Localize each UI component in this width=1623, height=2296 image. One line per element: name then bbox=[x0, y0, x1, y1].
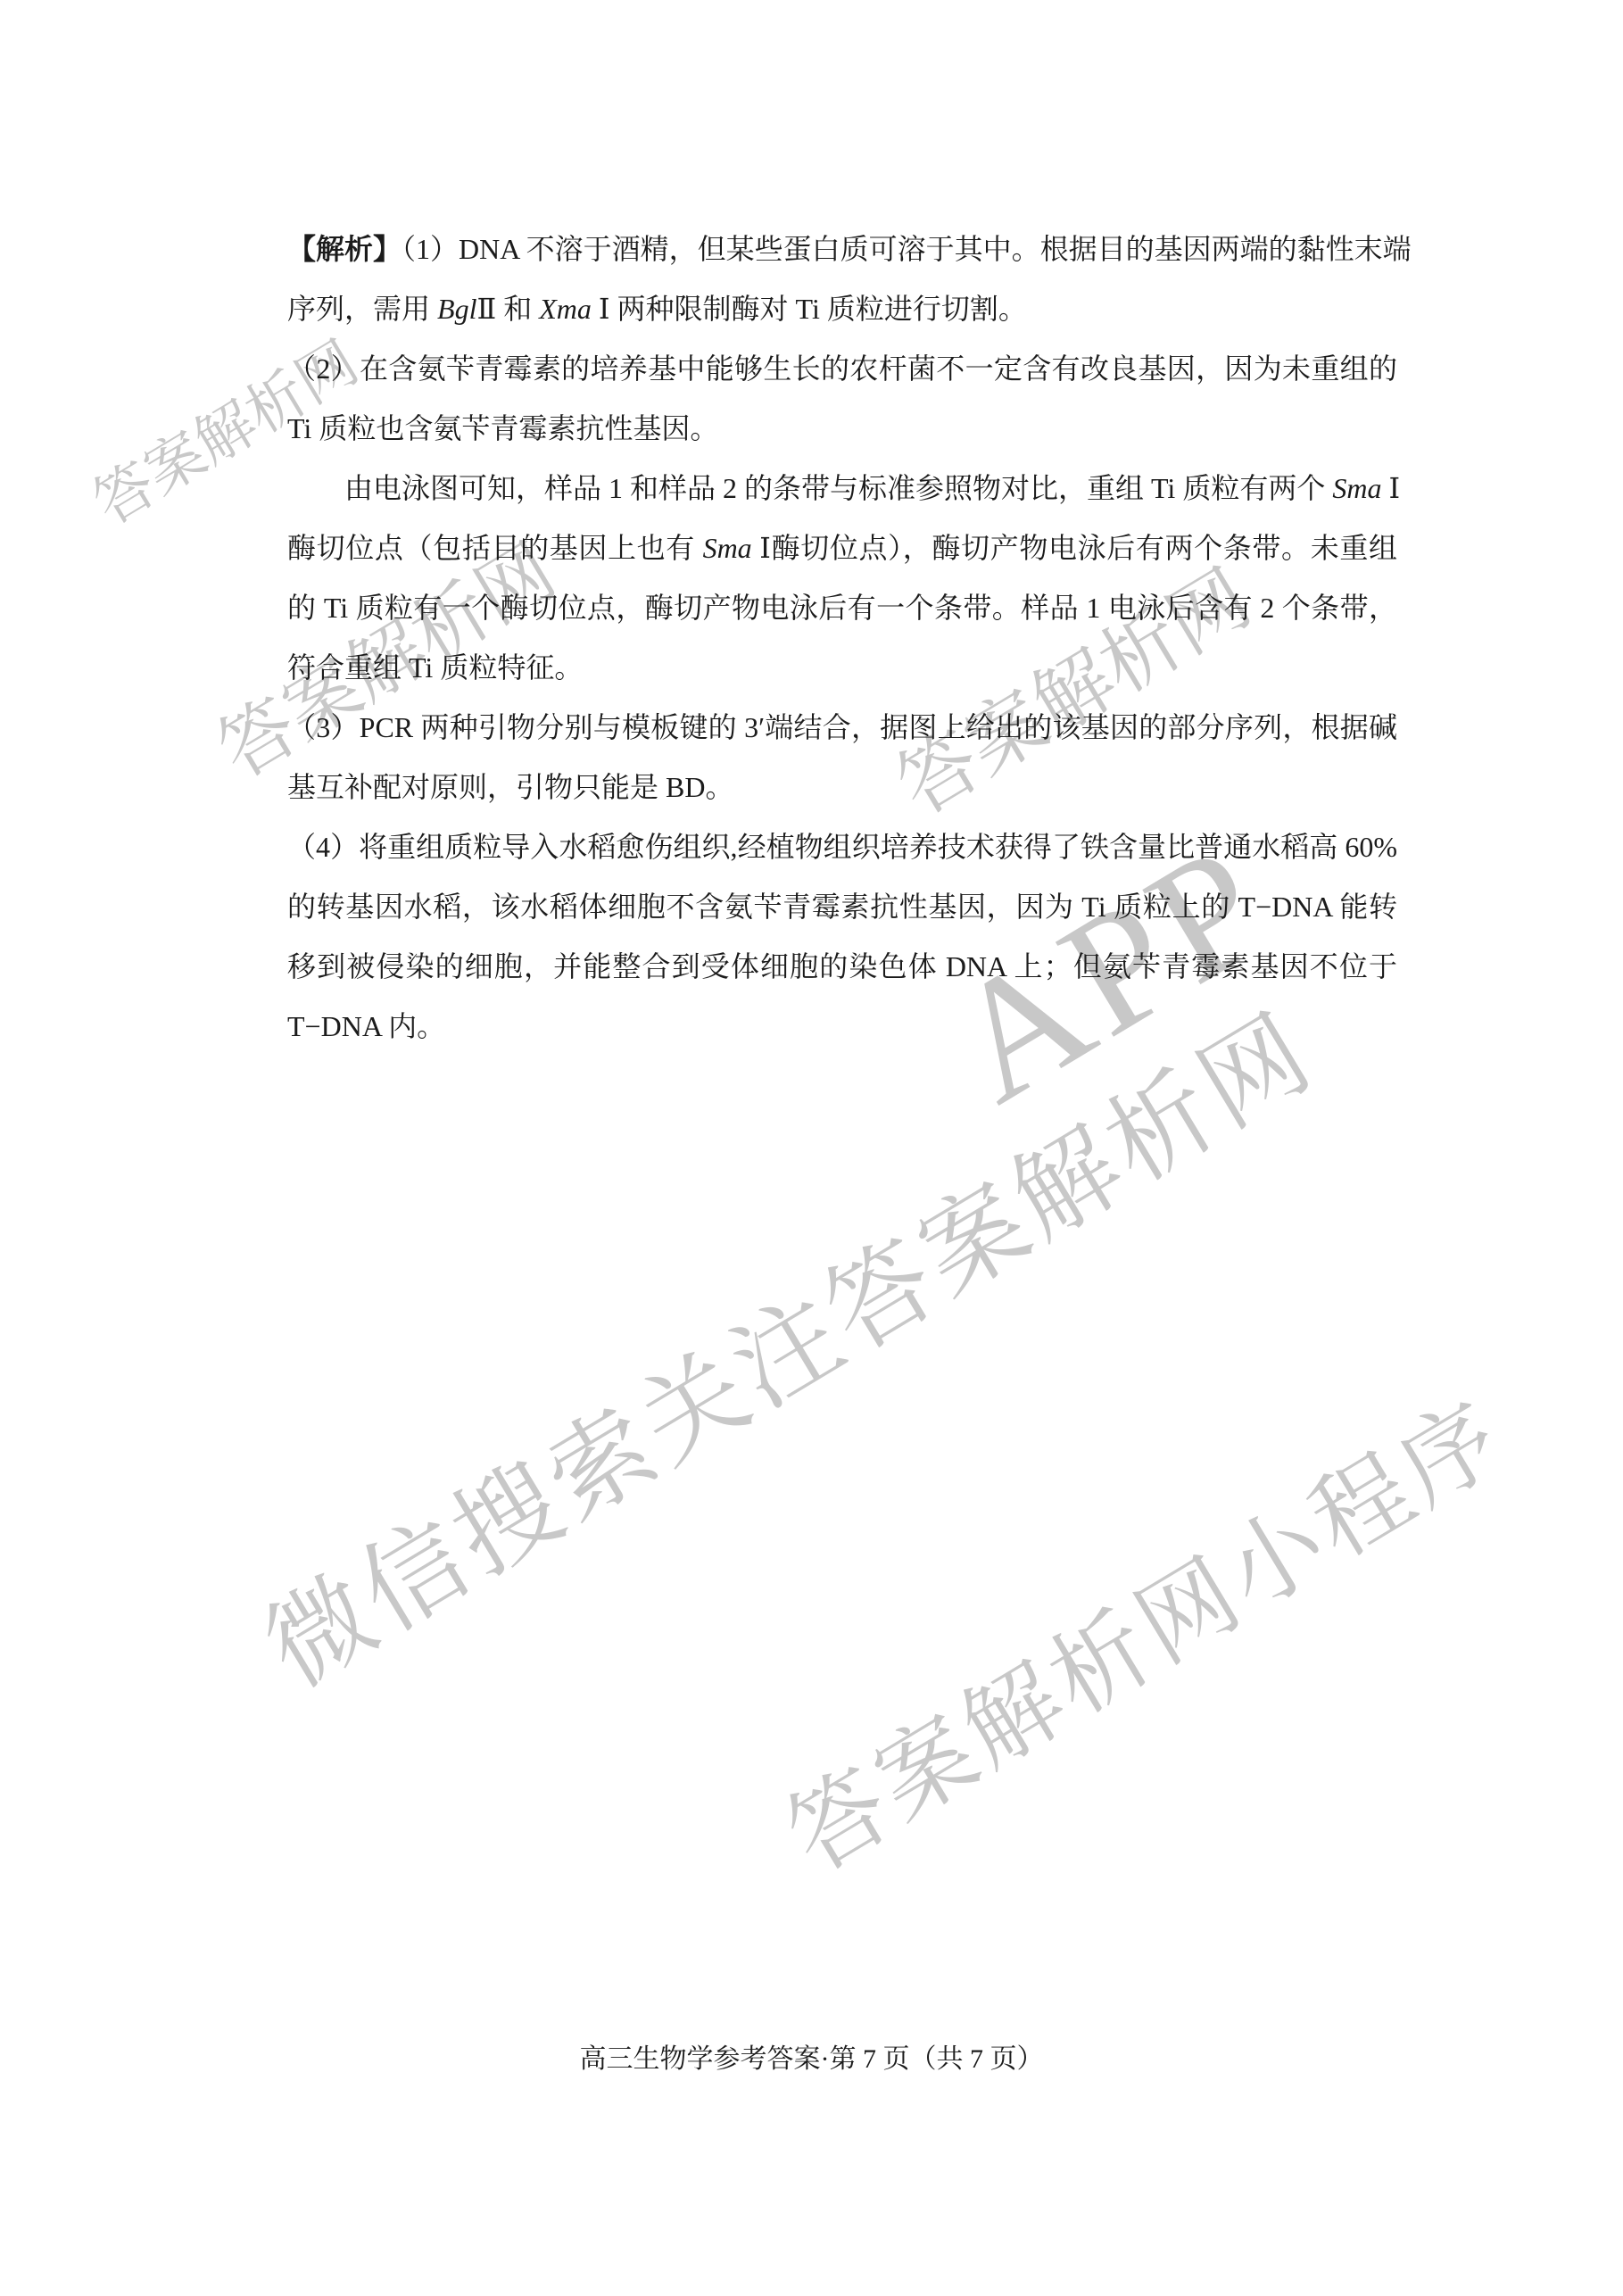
text-segment: 的 Ti 质粒有一个酶切位点，酶切产物电泳后有一个条带。样品 1 电泳后含有 2… bbox=[287, 592, 1397, 624]
text-segment: 的转基因水稻，该水稻体细胞不含氨苄青霉素抗性基因，因为 Ti 质粒上的 T−DN… bbox=[287, 891, 1397, 923]
text-segment: Ⅰ 两种限制酶对 Ti 质粒进行切割。 bbox=[592, 293, 1027, 325]
document-line: 符合重组 Ti 质粒特征。 bbox=[287, 638, 1397, 698]
watermark-wechat-search: 微信搜索关注答案解析网 bbox=[234, 971, 1337, 1715]
text-segment: Ti 质粒也含氨苄青霉素抗性基因。 bbox=[287, 412, 718, 444]
enzyme-name-italic: Sma bbox=[703, 532, 752, 564]
text-segment: 基互补配对原则，引物只能是 BD。 bbox=[287, 771, 733, 803]
document-line: 的 Ti 质粒有一个酶切位点，酶切产物电泳后有一个条带。样品 1 电泳后含有 2… bbox=[287, 578, 1397, 638]
text-segment: 由电泳图可知，样品 1 和样品 2 的条带与标准参照物对比，重组 Ti 质粒有两… bbox=[344, 472, 1332, 504]
text-segment: （3）PCR 两种引物分别与模板键的 3′端结合，据图上给出的该基因的部分序列，… bbox=[287, 711, 1397, 743]
watermark-mini-program: 答案解析网小程序 bbox=[758, 1360, 1527, 1898]
text-segment: Ⅰ bbox=[1381, 472, 1400, 504]
document-line: 由电泳图可知，样品 1 和样品 2 的条带与标准参照物对比，重组 Ti 质粒有两… bbox=[287, 459, 1397, 518]
text-segment: 序列，需用 bbox=[287, 293, 437, 325]
text-segment: （4）将重组质粒导入水稻愈伤组织,经植物组织培养技术获得了铁含量比普通水稻高 6… bbox=[287, 831, 1397, 863]
text-segment: 符合重组 Ti 质粒特征。 bbox=[287, 651, 583, 684]
document-line: Ti 质粒也含氨苄青霉素抗性基因。 bbox=[287, 399, 1397, 459]
document-body: 【解析】（1）DNA 不溶于酒精，但某些蛋白质可溶于其中。根据目的基因两端的黏性… bbox=[287, 220, 1397, 1057]
text-segment: Ⅱ 和 bbox=[476, 293, 539, 325]
enzyme-name-italic: Sma bbox=[1332, 472, 1381, 504]
text-segment: 酶切位点（包括目的基因上也有 bbox=[287, 532, 703, 564]
text-segment: T−DNA 内。 bbox=[287, 1010, 445, 1042]
document-line: T−DNA 内。 bbox=[287, 997, 1397, 1057]
document-line: 【解析】（1）DNA 不溶于酒精，但某些蛋白质可溶于其中。根据目的基因两端的黏性… bbox=[287, 220, 1397, 279]
text-segment: （1）DNA 不溶于酒精，但某些蛋白质可溶于其中。根据目的基因两端的黏性末端 bbox=[402, 233, 1412, 265]
document-line: 基互补配对原则，引物只能是 BD。 bbox=[287, 758, 1397, 817]
text-segment: 移到被侵染的细胞，并能整合到受体细胞的染色体 DNA 上；但氨苄青霉素基因不位于 bbox=[287, 950, 1397, 982]
enzyme-name-italic: Bgl bbox=[437, 293, 476, 325]
document-line: 酶切位点（包括目的基因上也有 Sma Ⅰ酶切位点），酶切产物电泳后有两个条带。未… bbox=[287, 518, 1397, 578]
page-footer: 高三生物学参考答案·第 7 页（共 7 页） bbox=[0, 2036, 1623, 2076]
document-line: （3）PCR 两种引物分别与模板键的 3′端结合，据图上给出的该基因的部分序列，… bbox=[287, 698, 1397, 758]
text-segment: 【解析】 bbox=[287, 233, 402, 265]
enzyme-name-italic: Xma bbox=[539, 293, 592, 325]
document-line: 序列，需用 BglⅡ 和 Xma Ⅰ 两种限制酶对 Ti 质粒进行切割。 bbox=[287, 279, 1397, 339]
document-line: 的转基因水稻，该水稻体细胞不含氨苄青霉素抗性基因，因为 Ti 质粒上的 T−DN… bbox=[287, 877, 1397, 937]
document-line: （4）将重组质粒导入水稻愈伤组织,经植物组织培养技术获得了铁含量比普通水稻高 6… bbox=[287, 817, 1397, 877]
answer-sheet-page: 答案解析网 答案解析网 答案解析网 APP 微信搜索关注答案解析网 答案解析网小… bbox=[0, 0, 1623, 2296]
document-line: 移到被侵染的细胞，并能整合到受体细胞的染色体 DNA 上；但氨苄青霉素基因不位于 bbox=[287, 937, 1397, 997]
document-line: （2）在含氨苄青霉素的培养基中能够生长的农杆菌不一定含有改良基因，因为未重组的 bbox=[287, 339, 1397, 399]
text-segment: Ⅰ酶切位点），酶切产物电泳后有两个条带。未重组 bbox=[752, 532, 1397, 564]
text-segment: （2）在含氨苄青霉素的培养基中能够生长的农杆菌不一定含有改良基因，因为未重组的 bbox=[287, 352, 1397, 385]
